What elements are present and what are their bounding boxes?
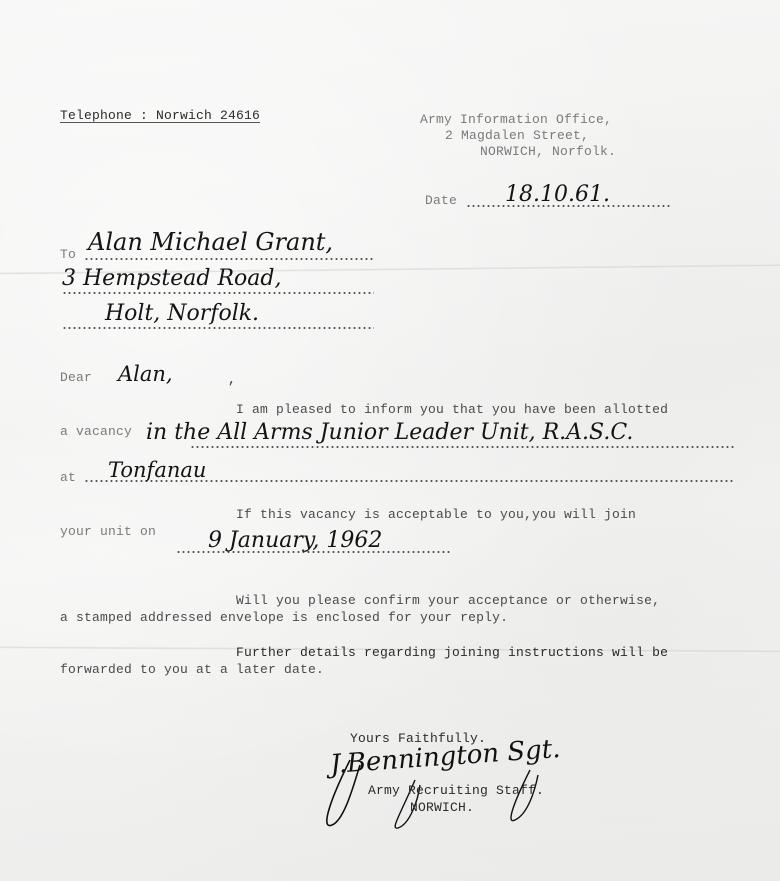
address-dotted-line-1 (84, 258, 374, 260)
date-label: Date (425, 193, 457, 208)
salutation-comma: , (228, 372, 236, 387)
signatory-title: Army Recruiting Staff. (368, 783, 544, 798)
address-dotted-line-2 (62, 292, 374, 294)
join-date-value: 9 January, 1962 (208, 528, 382, 553)
at-value: Tonfanau (108, 458, 206, 482)
salutation-label: Dear (60, 370, 92, 385)
at-label: at (60, 470, 76, 485)
salutation-name: Alan, (118, 362, 173, 386)
para3-line1: Will you please confirm your acceptance … (236, 593, 660, 608)
para2-line1: If this vacancy is acceptable to you,you… (236, 507, 636, 522)
para4-line2: forwarded to you at a later date. (60, 662, 324, 677)
recipient-town: Holt, Norfolk. (105, 301, 259, 326)
join-label: your unit on (60, 524, 156, 539)
para3-line2: a stamped addressed envelope is enclosed… (60, 610, 508, 625)
office-address-line-1: Army Information Office, (420, 112, 612, 127)
telephone-line: Telephone : Norwich 24616 (60, 108, 260, 123)
office-address-line-2: 2 Magdalen Street, (445, 128, 589, 143)
para1-line1: I am pleased to inform you that you have… (236, 402, 668, 417)
vacancy-label: a vacancy (60, 424, 132, 439)
recipient-name: Alan Michael Grant, (88, 228, 333, 256)
recipient-street: 3 Hempstead Road, (62, 266, 281, 291)
address-dotted-line-3 (62, 327, 374, 329)
to-label: To (60, 247, 76, 262)
signatory-location: NORWICH. (410, 800, 474, 815)
vacancy-value: in the All Arms Junior Leader Unit, R.A.… (146, 420, 633, 445)
date-value: 18.10.61. (505, 182, 610, 207)
vacancy-dotted-line (190, 446, 735, 448)
office-address-line-3: NORWICH, Norfolk. (480, 144, 616, 159)
para4-line1: Further details regarding joining instru… (236, 645, 668, 660)
